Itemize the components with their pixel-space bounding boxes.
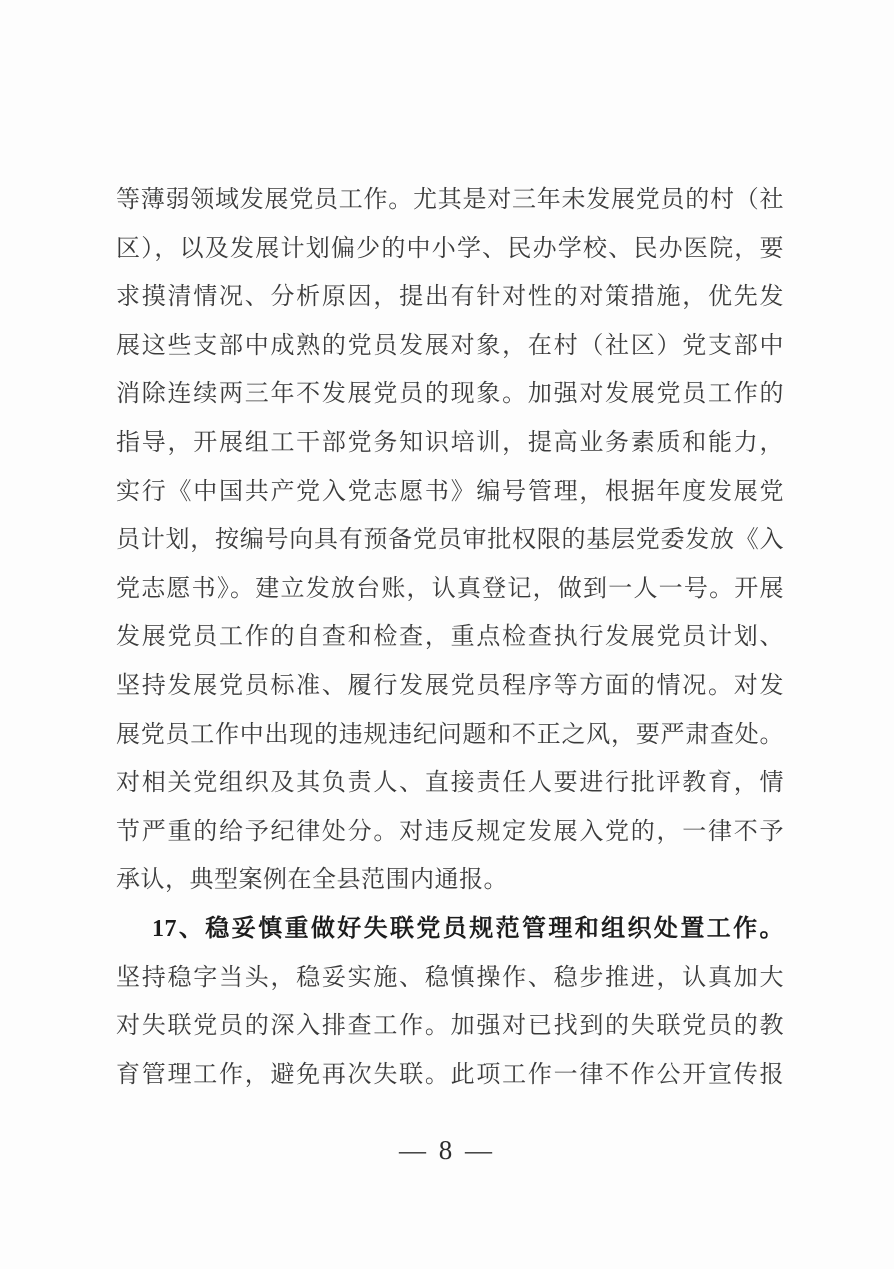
text-line: 实行《中国共产党入党志愿书》编号管理，根据年度发展党 bbox=[116, 468, 784, 517]
text-line: 求摸清情况、分析原因，提出有针对性的对策措施，优先发 bbox=[116, 273, 784, 322]
text-line: 对失联党员的深入排查工作。加强对已找到的失联党员的教 bbox=[116, 1002, 784, 1051]
section-heading-17: 17、稳妥慎重做好失联党员规范管理和组织处置工作。 bbox=[116, 905, 784, 954]
text-line: 党志愿书》。建立发放台账，认真登记，做到一人一号。开展 bbox=[116, 565, 784, 614]
page-number: — 8 — bbox=[0, 1128, 894, 1172]
text-line: 展党员工作中出现的违规违纪问题和不正之风，要严肃查处。 bbox=[116, 711, 784, 760]
text-line: 消除连续两三年不发展党员的现象。加强对发展党员工作的 bbox=[116, 370, 784, 419]
text-line: 等薄弱领域发展党员工作。尤其是对三年未发展党员的村（社 bbox=[116, 176, 784, 225]
text-line: 育管理工作，避免再次失联。此项工作一律不作公开宣传报 bbox=[116, 1051, 784, 1100]
text-line: 员计划，按编号向具有预备党员审批权限的基层党委发放《入 bbox=[116, 516, 784, 565]
text-line: 指导，开展组工干部党务知识培训，提高业务素质和能力， bbox=[116, 419, 784, 468]
text-line: 区），以及发展计划偏少的中小学、民办学校、民办医院，要 bbox=[116, 225, 784, 274]
text-line: 展这些支部中成熟的党员发展对象，在村（社区）党支部中 bbox=[116, 322, 784, 371]
text-line: 坚持稳字当头，稳妥实施、稳慎操作、稳步推进，认真加大 bbox=[116, 954, 784, 1003]
text-line: 对相关党组织及其负责人、直接责任人要进行批评教育，情 bbox=[116, 759, 784, 808]
text-line: 承认，典型案例在全县范围内通报。 bbox=[116, 856, 784, 905]
text-line: 发展党员工作的自查和检查，重点检查执行发展党员计划、 bbox=[116, 613, 784, 662]
document-page: 等薄弱领域发展党员工作。尤其是对三年未发展党员的村（社 区），以及发展计划偏少的… bbox=[0, 0, 894, 1269]
text-line: 节严重的给予纪律处分。对违反规定发展入党的，一律不予 bbox=[116, 808, 784, 857]
text-block: 等薄弱领域发展党员工作。尤其是对三年未发展党员的村（社 区），以及发展计划偏少的… bbox=[116, 176, 784, 1099]
text-line: 坚持发展党员标准、履行发展党员程序等方面的情况。对发 bbox=[116, 662, 784, 711]
